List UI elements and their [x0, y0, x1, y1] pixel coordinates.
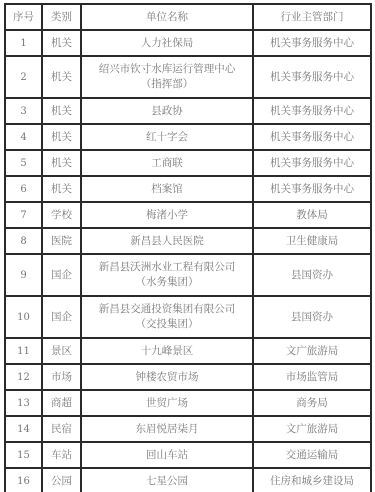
- cell-no: 16: [5, 468, 42, 492]
- cell-unit-name: 新昌县交通投资集团有限公司（交投集团）: [81, 296, 253, 338]
- table-row: 3机关县政协机关事务服务中心: [5, 98, 371, 124]
- table-row: 12市场钟楼农贸市场市场监管局: [5, 364, 371, 390]
- cell-no: 8: [5, 228, 42, 254]
- table-row: 5机关工商联机关事务服务中心: [5, 150, 371, 176]
- cell-dept: 住房和城乡建设局: [253, 468, 371, 492]
- cell-type: 国企: [42, 254, 81, 296]
- cell-no: 4: [5, 124, 42, 150]
- unit-name-line2: （指挥部）: [84, 77, 250, 92]
- table-row: 11景区十九峰景区文广旅游局: [5, 338, 371, 364]
- cell-unit-name: 档案馆: [81, 176, 253, 202]
- table-row: 7学校梅渚小学教体局: [5, 202, 371, 228]
- cell-type: 机关: [42, 98, 81, 124]
- cell-dept: 机关事务服务中心: [253, 124, 371, 150]
- cell-type: 学校: [42, 202, 81, 228]
- header-type: 类别: [42, 4, 81, 30]
- cell-no: 13: [5, 390, 42, 416]
- cell-no: 11: [5, 338, 42, 364]
- table-row: 10国企新昌县交通投资集团有限公司（交投集团）县国资办: [5, 296, 371, 338]
- cell-dept: 机关事务服务中心: [253, 98, 371, 124]
- cell-unit-name: 人力社保局: [81, 30, 253, 56]
- cell-unit-name: 东眉悦居柒月: [81, 416, 253, 442]
- header-unit-name: 单位名称: [81, 4, 253, 30]
- cell-type: 机关: [42, 176, 81, 202]
- cell-unit-name: 七星公园: [81, 468, 253, 492]
- cell-unit-name: 世贸广场: [81, 390, 253, 416]
- cell-no: 15: [5, 442, 42, 468]
- units-table: 序号 类别 单位名称 行业主管部门 1机关人力社保局机关事务服务中心2机关绍兴市…: [4, 3, 372, 492]
- cell-dept: 机关事务服务中心: [253, 56, 371, 98]
- cell-dept: 卫生健康局: [253, 228, 371, 254]
- table-row: 2机关绍兴市钦寸水库运行管理中心（指挥部）机关事务服务中心: [5, 56, 371, 98]
- cell-type: 民宿: [42, 416, 81, 442]
- cell-unit-name: 绍兴市钦寸水库运行管理中心（指挥部）: [81, 56, 253, 98]
- table-row: 16公园七星公园住房和城乡建设局: [5, 468, 371, 492]
- cell-unit-name: 回山车站: [81, 442, 253, 468]
- table-row: 9国企新昌县沃洲水业工程有限公司（水务集团）县国资办: [5, 254, 371, 296]
- cell-no: 3: [5, 98, 42, 124]
- cell-unit-name: 红十字会: [81, 124, 253, 150]
- unit-name-line1: 新昌县交通投资集团有限公司: [84, 302, 250, 317]
- cell-unit-name: 梅渚小学: [81, 202, 253, 228]
- cell-dept: 文广旅游局: [253, 416, 371, 442]
- cell-no: 1: [5, 30, 42, 56]
- cell-unit-name: 十九峰景区: [81, 338, 253, 364]
- cell-no: 5: [5, 150, 42, 176]
- cell-dept: 文广旅游局: [253, 338, 371, 364]
- cell-no: 12: [5, 364, 42, 390]
- cell-type: 机关: [42, 150, 81, 176]
- cell-unit-name: 工商联: [81, 150, 253, 176]
- cell-unit-name: 新昌县人民医院: [81, 228, 253, 254]
- cell-no: 6: [5, 176, 42, 202]
- table-row: 4机关红十字会机关事务服务中心: [5, 124, 371, 150]
- unit-name-line1: 新昌县沃洲水业工程有限公司: [84, 260, 250, 275]
- cell-dept: 县国资办: [253, 296, 371, 338]
- header-dept: 行业主管部门: [253, 4, 371, 30]
- header-no: 序号: [5, 4, 42, 30]
- cell-no: 10: [5, 296, 42, 338]
- cell-unit-name: 县政协: [81, 98, 253, 124]
- cell-no: 2: [5, 56, 42, 98]
- table-row: 13商超世贸广场商务局: [5, 390, 371, 416]
- cell-type: 国企: [42, 296, 81, 338]
- table-row: 1机关人力社保局机关事务服务中心: [5, 30, 371, 56]
- table-row: 8医院新昌县人民医院卫生健康局: [5, 228, 371, 254]
- cell-no: 14: [5, 416, 42, 442]
- cell-type: 机关: [42, 124, 81, 150]
- cell-dept: 机关事务服务中心: [253, 150, 371, 176]
- table-header-row: 序号 类别 单位名称 行业主管部门: [5, 4, 371, 30]
- cell-type: 商超: [42, 390, 81, 416]
- unit-name-line2: （交投集团）: [84, 317, 250, 332]
- cell-type: 公园: [42, 468, 81, 492]
- cell-dept: 交通运输局: [253, 442, 371, 468]
- cell-dept: 机关事务服务中心: [253, 30, 371, 56]
- unit-name-line2: （水务集团）: [84, 275, 250, 290]
- cell-unit-name: 钟楼农贸市场: [81, 364, 253, 390]
- cell-no: 7: [5, 202, 42, 228]
- cell-dept: 县国资办: [253, 254, 371, 296]
- cell-no: 9: [5, 254, 42, 296]
- cell-unit-name: 新昌县沃洲水业工程有限公司（水务集团）: [81, 254, 253, 296]
- cell-type: 市场: [42, 364, 81, 390]
- cell-dept: 教体局: [253, 202, 371, 228]
- table-row: 14民宿东眉悦居柒月文广旅游局: [5, 416, 371, 442]
- cell-type: 景区: [42, 338, 81, 364]
- cell-type: 医院: [42, 228, 81, 254]
- table-row: 6机关档案馆机关事务服务中心: [5, 176, 371, 202]
- table-row: 15车站回山车站交通运输局: [5, 442, 371, 468]
- cell-dept: 机关事务服务中心: [253, 176, 371, 202]
- cell-type: 车站: [42, 442, 81, 468]
- cell-type: 机关: [42, 56, 81, 98]
- cell-dept: 市场监管局: [253, 364, 371, 390]
- cell-dept: 商务局: [253, 390, 371, 416]
- cell-type: 机关: [42, 30, 81, 56]
- unit-name-line1: 绍兴市钦寸水库运行管理中心: [84, 62, 250, 77]
